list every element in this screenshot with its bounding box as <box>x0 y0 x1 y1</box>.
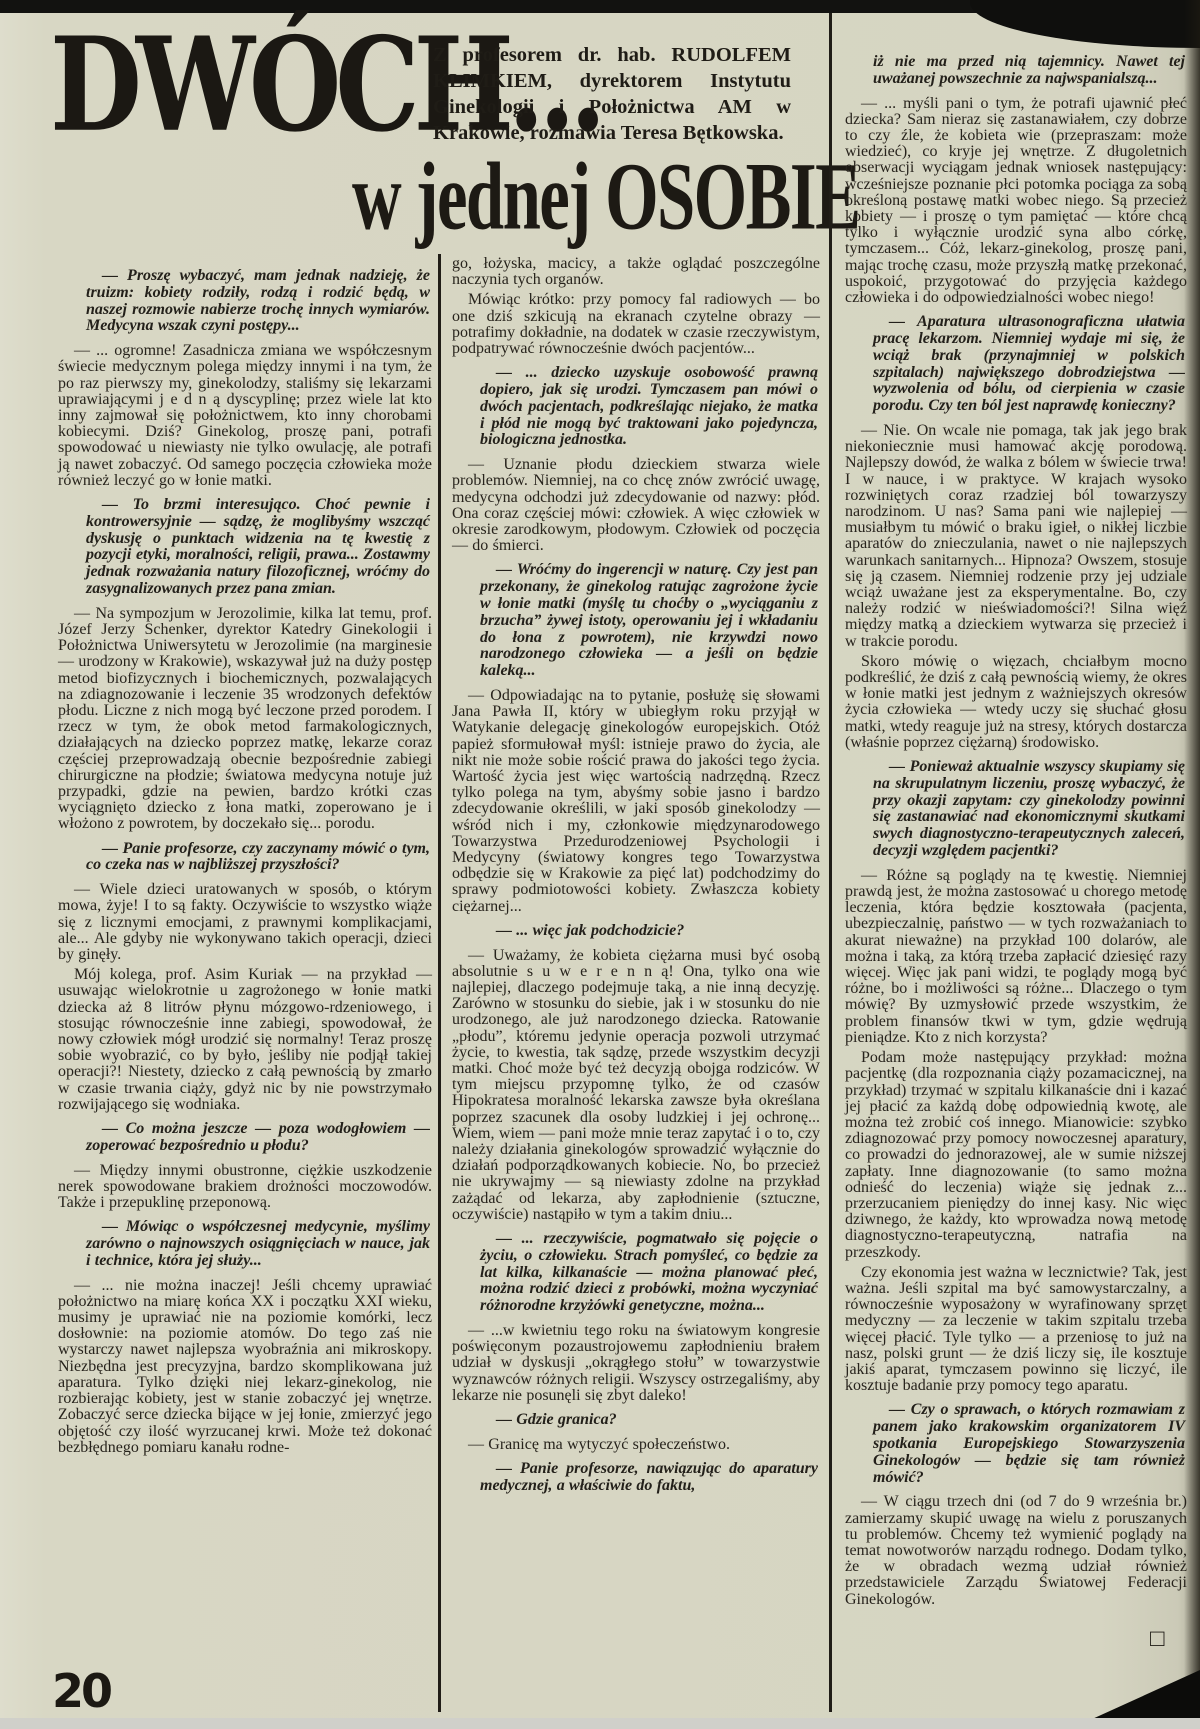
question-paragraph: — Aparatura ultrasonograficzna ułatwia p… <box>873 314 1185 415</box>
answer-paragraph: — W ciągu trzech dni (od 7 do 9 września… <box>845 1494 1187 1607</box>
answer-paragraph: Mój kolega, prof. Asim Kuriak — na przyk… <box>58 967 432 1113</box>
answer-paragraph: Podam może następujący przykład: można p… <box>845 1050 1187 1261</box>
answer-paragraph: — ...w kwietniu tego roku na światowym k… <box>452 1323 820 1404</box>
answer-paragraph: go, łożyska, macicy, a także oglądać pos… <box>452 256 820 288</box>
answer-paragraph: Czy ekonomia jest ważna w lecznictwie? T… <box>845 1265 1187 1395</box>
answer-paragraph: — Wiele dzieci uratowanych w sposób, o k… <box>58 882 432 963</box>
scan-bottom-edge <box>0 1718 1200 1729</box>
answer-paragraph: — ... nie można inaczej! Jeśli chcemy up… <box>58 1278 432 1456</box>
answer-paragraph: Skoro mówię o więzach, chciałbym mocno p… <box>845 654 1187 751</box>
answer-paragraph: — ... ogromne! Zasadnicza zmiana we wspó… <box>58 343 432 489</box>
answer-paragraph: — Na sympozjum w Jerozolimie, kilka lat … <box>58 606 432 833</box>
column-divider-right <box>829 13 832 1712</box>
question-paragraph: — Panie profesorze, nawiązując do aparat… <box>480 1461 818 1495</box>
question-paragraph: — Ponieważ aktualnie wszyscy skupiamy si… <box>873 759 1185 860</box>
question-paragraph: — ... rzeczywiście, pogmatwało się pojęc… <box>480 1231 818 1315</box>
answer-paragraph: — Między innymi obustronne, ciężkie uszk… <box>58 1163 432 1212</box>
answer-paragraph: — Różne są poglądy na tę kwestię. Niemni… <box>845 868 1187 1046</box>
question-paragraph: — ... dziecko uzyskuje osobowość prawną … <box>480 365 818 449</box>
newspaper-page: DWÓCH... Z profesorem dr. hab. RUDOLFEM … <box>0 0 1200 1729</box>
scan-corner-top-right <box>970 0 1200 48</box>
question-paragraph: — Wróćmy do ingerencji w naturę. Czy jes… <box>480 562 818 680</box>
answer-paragraph: — Uważamy, że kobieta ciężarna musi być … <box>452 948 820 1223</box>
question-paragraph: iż nie ma przed nią tajemnicy. Nawet tej… <box>873 54 1185 88</box>
answer-paragraph: — Granicę ma wytyczyć społeczeństwo. <box>452 1437 820 1453</box>
question-paragraph: — Mówiąc o współczesnej medycynie, myśli… <box>86 1219 430 1269</box>
column-divider-left <box>438 254 441 1712</box>
question-paragraph: — Proszę wybaczyć, mam jednak nadzieję, … <box>86 268 430 335</box>
scan-corner-bottom-right <box>1090 1670 1200 1720</box>
article-column-2: go, łożyska, macicy, a także oglądać pos… <box>452 256 820 1503</box>
answer-paragraph: Mówiąc krótko: przy pomocy fal radiowych… <box>452 292 820 357</box>
question-paragraph: — ... więc jak podchodzicie? <box>480 923 818 940</box>
answer-paragraph: — ... myśli pani o tym, że potrafi ujawn… <box>845 96 1187 307</box>
question-paragraph: — Co można jeszcze — poza wodogłowiem — … <box>86 1121 430 1155</box>
article-intro: Z profesorem dr. hab. RUDOLFEM KLIMKIEM,… <box>433 42 791 146</box>
question-paragraph: — To brzmi interesująco. Choć pewnie i k… <box>86 497 430 598</box>
question-paragraph: — Gdzie granica? <box>480 1412 818 1429</box>
answer-paragraph: — Nie. On wcale nie pomaga, tak jak jego… <box>845 423 1187 650</box>
page-number: 20 <box>52 1664 110 1718</box>
question-paragraph: — Czy o sprawach, o których rozmawiam z … <box>873 1402 1185 1486</box>
answer-paragraph: — Odpowiadając na to pytanie, posłużę si… <box>452 688 820 915</box>
article-subtitle: w jednej OSOBIE <box>352 148 859 244</box>
question-paragraph: — Panie profesorze, czy zaczynamy mówić … <box>86 841 430 875</box>
answer-paragraph: — Uznanie płodu dzieckiem stwarza wiele … <box>452 457 820 554</box>
end-of-article-mark: □ <box>1150 1626 1165 1653</box>
article-column-1: — Proszę wybaczyć, mam jednak nadzieję, … <box>58 260 432 1460</box>
article-column-3: iż nie ma przed nią tajemnicy. Nawet tej… <box>845 46 1187 1612</box>
